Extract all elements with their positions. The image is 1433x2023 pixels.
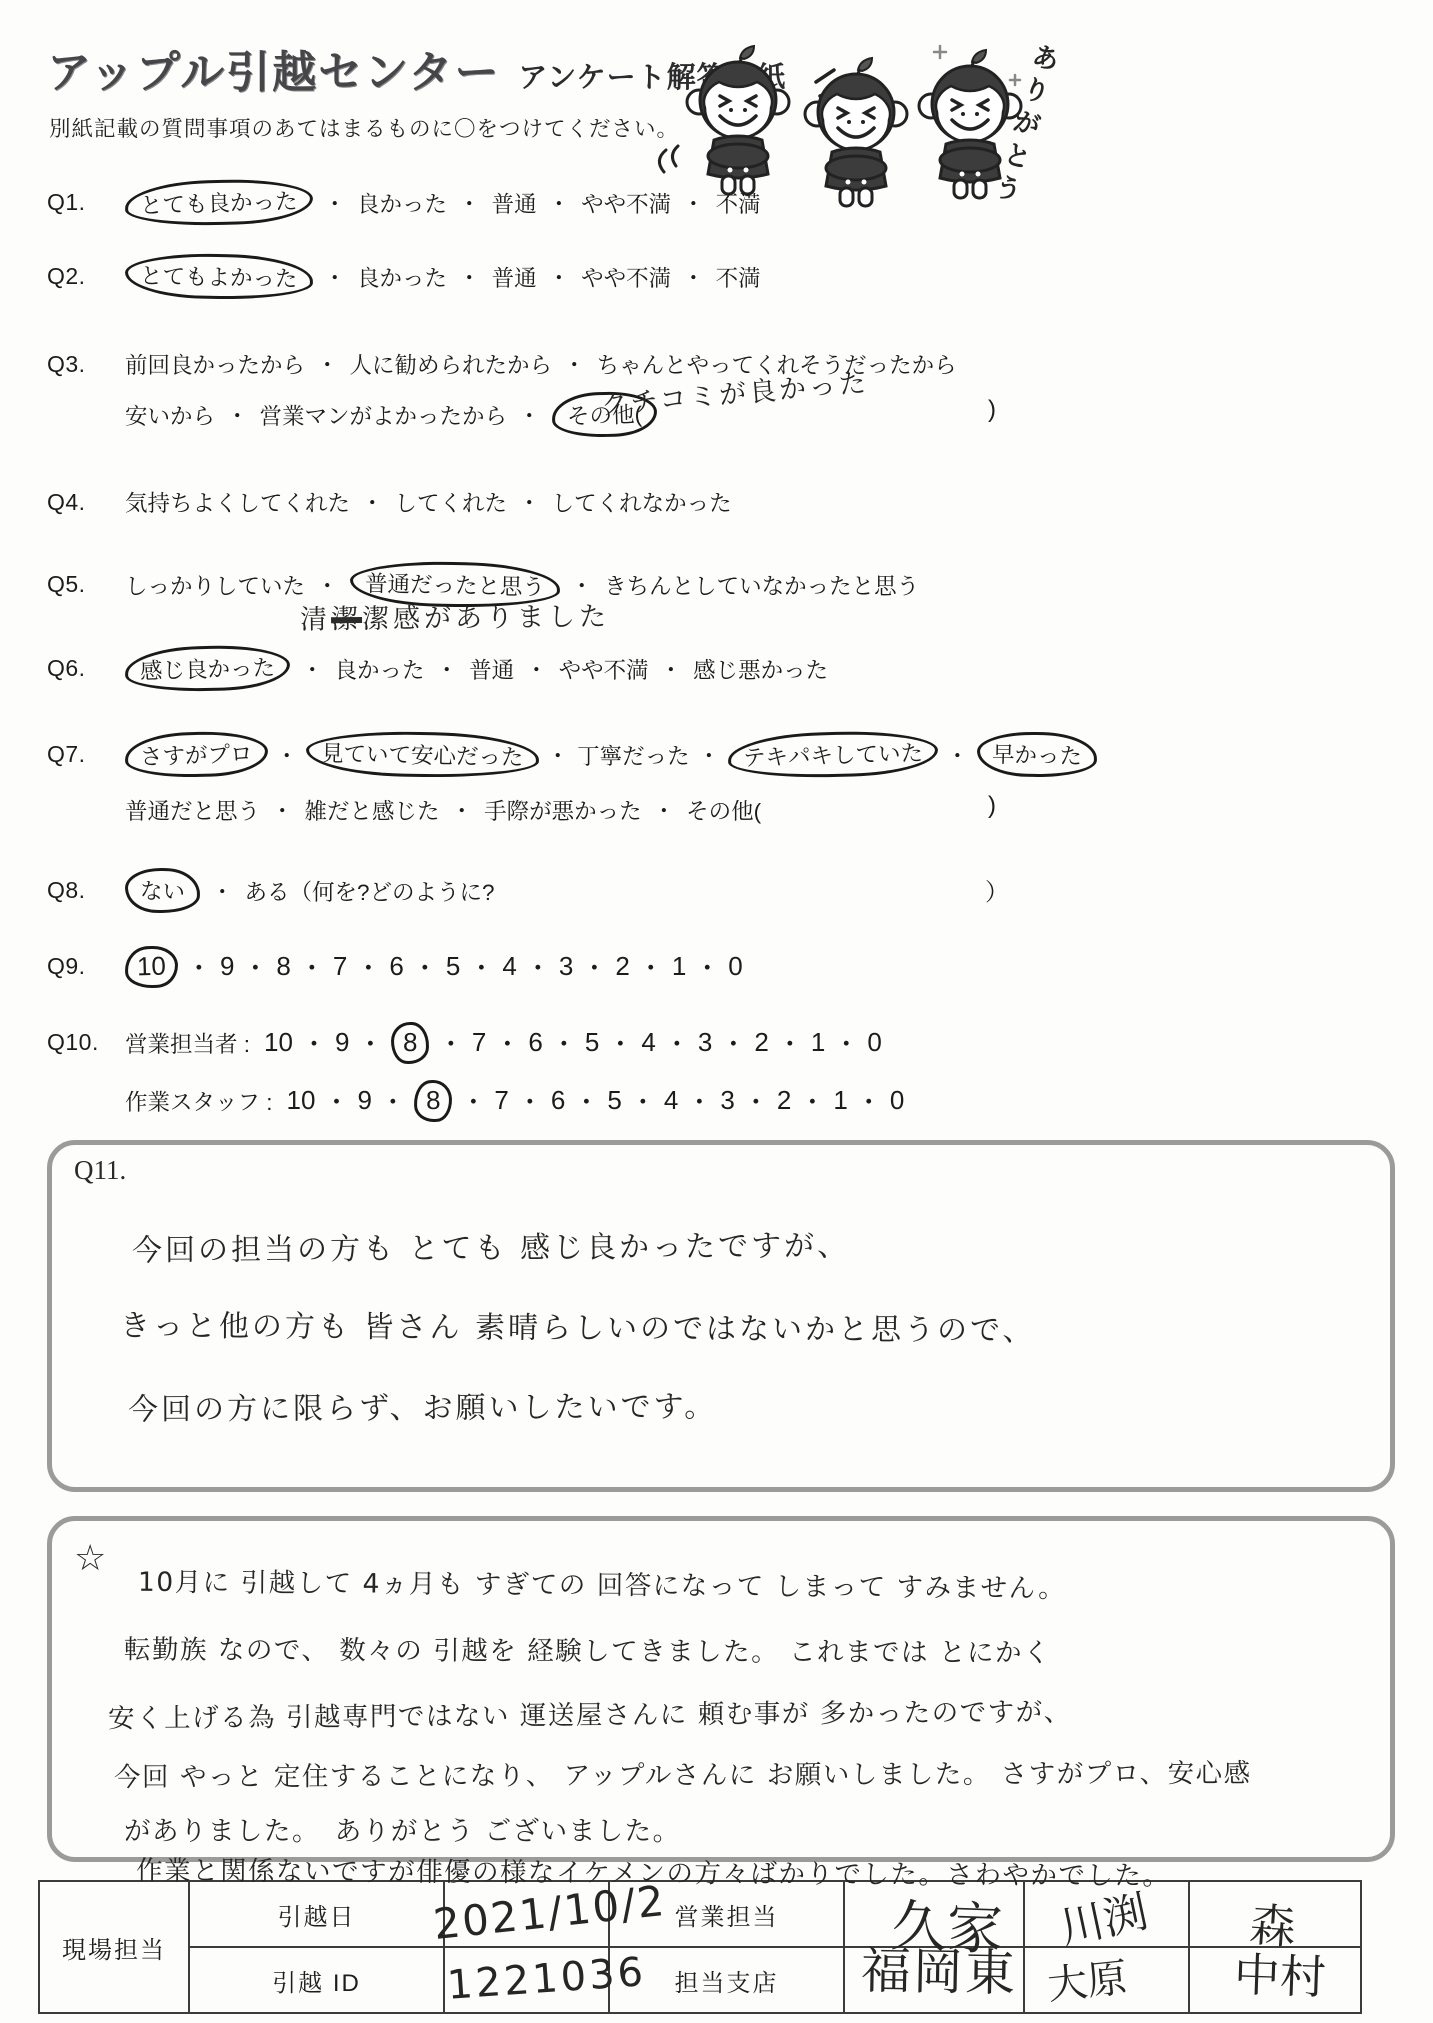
q10-score: 5: [607, 1085, 621, 1116]
question-q8: Q8. ない ・ ある（何を?どのように?: [47, 874, 495, 907]
move-date-label: 引越日: [278, 1897, 356, 1932]
score-separator: ・: [234, 948, 276, 985]
question-q9: Q9. 10 ・ 9 ・ 8 ・ 7 ・ 6 ・ 5 ・ 4 ・ 3 ・ 2 ・…: [47, 948, 743, 985]
q10-score: 0: [890, 1085, 904, 1116]
score-separator: ・: [347, 948, 389, 985]
score-separator: ・: [848, 1082, 890, 1119]
q10-score: 7: [494, 1085, 508, 1116]
option-separator: ・: [690, 739, 729, 771]
option-separator: ・: [539, 739, 578, 771]
score-separator: ・: [486, 1024, 528, 1061]
score-separator: ・: [452, 1082, 494, 1119]
option-separator: ・: [507, 486, 552, 518]
option-separator: ・: [552, 348, 597, 380]
score-separator: ・: [599, 1024, 641, 1061]
q9-label: Q9.: [47, 953, 125, 980]
q10-score: 3: [698, 1027, 712, 1058]
option-separator: ・: [649, 653, 694, 685]
q3-option: 人に勧められたから: [350, 348, 553, 380]
q7-option: 手際が悪かった: [484, 794, 642, 826]
score-separator: ・: [349, 1024, 391, 1061]
option-separator: ・: [507, 399, 552, 431]
question-q2: Q2. とてもよかった ・ 良かった ・ 普通 ・ やや不満 ・ 不満: [47, 260, 761, 293]
q3-label: Q3.: [47, 351, 125, 378]
field-staff-handwritten: 大原: [1044, 1946, 1130, 2011]
q7-option: 丁寧だった: [577, 739, 690, 771]
option-separator: ・: [290, 653, 335, 685]
q5-note-prefix: 清: [300, 604, 331, 635]
score-separator: ・: [791, 1082, 833, 1119]
question-q7-line1: Q7. さすがプロ ・ 見ていて安心だった ・ 丁寧だった ・ テキパキしていた…: [47, 738, 1097, 771]
q10-row2-name: 作業スタッフ :: [125, 1085, 273, 1117]
question-q1: Q1. とても良かった ・ 良かった ・ 普通 ・ やや不満 ・ 不満: [47, 186, 761, 219]
option-separator: ・: [447, 261, 492, 293]
q3-option: 安いから: [125, 399, 215, 431]
score-separator: ・: [430, 1024, 472, 1061]
q9-score: 0: [728, 951, 742, 982]
move-id-label-cell: 引越 ID: [190, 1948, 445, 2014]
move-date-label-cell: 引越日: [190, 1882, 445, 1948]
question-q10-row2: 作業スタッフ : 10 ・ 9 ・ 8 ・ 7 ・ 6 ・ 5 ・ 4 ・ 3 …: [47, 1082, 904, 1119]
q4-option: 気持ちよくしてくれた: [125, 486, 350, 518]
score-separator: ・: [517, 948, 559, 985]
q7-answer-circled: 早かった: [976, 731, 1097, 779]
q8-close-paren: ）: [985, 872, 1009, 907]
q10-score: 6: [528, 1027, 542, 1058]
branch-handwritten: 福岡東: [860, 1931, 1017, 2006]
q10-score: 4: [664, 1085, 678, 1116]
score-separator: ・: [825, 1024, 867, 1061]
q2-option: 良かった: [357, 261, 447, 293]
q4-option: してくれた: [395, 486, 508, 518]
q6-option: 良かった: [335, 653, 425, 685]
q7-label: Q7.: [47, 741, 125, 768]
q11-handwritten-line: 今回の方に限らず、お願いしたいです。: [128, 1381, 717, 1428]
sales-label: 営業担当: [675, 1897, 779, 1932]
q6-option: 感じ悪かった: [693, 653, 828, 685]
q10-row2-answer-circled: 8: [413, 1079, 453, 1122]
score-separator: ・: [315, 1082, 357, 1119]
option-separator: ・: [215, 399, 260, 431]
q2-option: 普通: [492, 261, 537, 293]
score-separator: ・: [630, 948, 672, 985]
q10-label: Q10.: [47, 1029, 125, 1056]
question-q7-line2: 普通だと思う ・ 雑だと感じた ・ 手際が悪かった ・ その他(: [47, 794, 761, 826]
q10-score: 0: [867, 1027, 881, 1058]
q2-answer-circled: とてもよかった: [125, 252, 313, 301]
instruction-text: 別紙記載の質問事項のあてはまるものに〇をつけてください。: [49, 112, 679, 143]
move-date-value-cell: 2021/10/2: [445, 1882, 610, 1948]
score-separator: ・: [678, 1082, 720, 1119]
q10-score: 9: [335, 1027, 349, 1058]
q1-option: 良かった: [357, 187, 447, 219]
q8-answer-circled: ない: [125, 867, 201, 914]
field-staff1-bottom-cell: 大原: [1025, 1948, 1190, 2014]
option-separator: ・: [313, 187, 358, 219]
q2-option: やや不満: [581, 261, 671, 293]
q9-score: 3: [559, 951, 573, 982]
free-comment-box: ☆ 10月に 引越して 4ヵ月も すぎての 回答になって しまって すみません。…: [47, 1516, 1395, 1862]
q4-label: Q4.: [47, 489, 125, 516]
q9-score: 5: [446, 951, 460, 982]
score-separator: ・: [460, 948, 502, 985]
q6-option: やや不満: [559, 653, 649, 685]
q10-score: 3: [720, 1085, 734, 1116]
q1-option: 普通: [492, 187, 537, 219]
q9-answer-circled: 10: [124, 945, 178, 988]
option-separator: ・: [350, 486, 395, 518]
option-separator: ・: [537, 261, 582, 293]
score-separator: ・: [178, 948, 220, 985]
option-separator: ・: [313, 261, 358, 293]
option-separator: ・: [200, 875, 245, 907]
q11-handwritten-line: きっと他の方も 皆さん 素晴らしいのではないかと思うので、: [120, 1301, 1036, 1350]
q10-score: 4: [641, 1027, 655, 1058]
question-q3-line2: 安いから ・ 営業マンがよかったから ・ その他(: [47, 398, 657, 431]
q2-label: Q2.: [47, 263, 125, 290]
q10-score: 10: [287, 1085, 316, 1116]
q9-score: 2: [615, 951, 629, 982]
q10-score: 6: [551, 1085, 565, 1116]
free-comment-line: がありました。 ありがとう ございました。: [124, 1809, 681, 1848]
option-separator: ・: [642, 794, 687, 826]
score-separator: ・: [573, 948, 615, 985]
option-separator: ・: [260, 794, 305, 826]
q1-answer-circled: とても良かった: [124, 177, 313, 227]
q5-handwritten-note: 清潔潔感がありました: [300, 594, 610, 636]
branch-label: 担当支店: [675, 1963, 779, 1998]
option-separator: ・: [305, 348, 350, 380]
q8-option: ある（何を?どのように?: [245, 875, 495, 907]
q7-option: その他(: [686, 794, 761, 826]
score-separator: ・: [565, 1082, 607, 1119]
q5-note-crossed-out: 潔: [331, 604, 362, 635]
q1-option: やや不満: [581, 187, 671, 219]
q9-score: 6: [389, 951, 403, 982]
option-separator: ・: [671, 261, 716, 293]
score-separator: ・: [622, 1082, 664, 1119]
q7-close-paren: ): [988, 792, 996, 820]
q5-option: きちんとしていなかったと思う: [604, 569, 919, 601]
score-separator: ・: [769, 1024, 811, 1061]
footer-info-table: 引越日 2021/10/2 営業担当 久家 現場担当 川渕 森 引越 ID 12…: [38, 1880, 1362, 2014]
q1-label: Q1.: [47, 189, 125, 216]
q6-answer-circled: 感じ良かった: [124, 644, 290, 694]
q11-handwritten-line: 今回の担当の方も とても 感じ良かったですが、: [132, 1220, 850, 1269]
q9-score: 9: [220, 951, 234, 982]
q5-label: Q5.: [47, 571, 125, 598]
brand-logo-text: アップル引越センター: [47, 36, 500, 100]
move-id-label: 引越 ID: [272, 1963, 361, 1998]
q9-score: 4: [502, 951, 516, 982]
option-separator: ・: [671, 187, 716, 219]
branch-value-cell: 福岡東: [845, 1948, 1025, 2014]
free-comment-line: 今回 やっと 定住することになり、 アップルさんに お願いしました。 さすがプロ…: [114, 1751, 1252, 1794]
q10-row1-name: 営業担当者 :: [125, 1027, 250, 1059]
q9-score: 8: [276, 951, 290, 982]
q7-answer-circled: さすがプロ: [124, 730, 268, 779]
free-comment-line: 安く上げる為 引越専門ではない 運送屋さんに 頼む事が 多かったのですが、: [108, 1690, 1072, 1736]
q7-option: 普通だと思う: [125, 794, 260, 826]
question-q4: Q4. 気持ちよくしてくれた ・ してくれた ・ してくれなかった: [47, 486, 732, 518]
score-separator: ・: [293, 1024, 335, 1061]
field-staff2-top-cell: 森: [1190, 1882, 1362, 1948]
question-q6: Q6. 感じ良かった ・ 良かった ・ 普通 ・ やや不満 ・ 感じ悪かった: [47, 652, 828, 685]
score-separator: ・: [712, 1024, 754, 1061]
option-separator: ・: [268, 739, 307, 771]
q3-option: 前回良かったから: [125, 348, 305, 380]
q3-option: 営業マンがよかったから: [260, 399, 508, 431]
score-separator: ・: [509, 1082, 551, 1119]
field-staff-label: 現場担当: [62, 1930, 166, 1965]
q10-score: 1: [833, 1085, 847, 1116]
q10-score: 2: [777, 1085, 791, 1116]
score-separator: ・: [291, 948, 333, 985]
score-separator: ・: [372, 1082, 414, 1119]
q6-label: Q6.: [47, 655, 125, 682]
q6-option: 普通: [469, 653, 514, 685]
option-separator: ・: [938, 739, 977, 771]
q10-score: 1: [811, 1027, 825, 1058]
q5-note-rest: 潔感がありました: [362, 601, 610, 635]
q1-option: 不満: [716, 187, 761, 219]
option-separator: ・: [514, 653, 559, 685]
option-separator: ・: [537, 187, 582, 219]
move-id-value-cell: 1221036: [445, 1948, 610, 2014]
free-comment-line: 転勤族 なので、 数々の 引越を 経験してきました。 これまでは とにかく: [124, 1627, 1051, 1669]
option-separator: ・: [425, 653, 470, 685]
q4-option: してくれなかった: [552, 486, 732, 518]
free-comment-line: 10月に 引越して 4ヵ月も すぎての 回答になって しまって すみません。: [138, 1560, 1066, 1605]
q7-answer-circled: テキパキしていた: [728, 729, 939, 780]
option-separator: ・: [440, 794, 485, 826]
score-separator: ・: [404, 948, 446, 985]
field-staff-handwritten: 中村: [1233, 1938, 1327, 2007]
q9-score: 7: [333, 951, 347, 982]
q10-row1-answer-circled: 8: [391, 1021, 430, 1064]
star-icon: ☆: [74, 1537, 106, 1579]
q3-close-paren: ): [988, 396, 996, 424]
score-separator: ・: [656, 1024, 698, 1061]
q10-score: 5: [585, 1027, 599, 1058]
q11-label: Q11.: [74, 1155, 126, 1186]
score-separator: ・: [543, 1024, 585, 1061]
q2-option: 不満: [716, 261, 761, 293]
field-staff2-bottom-cell: 中村: [1190, 1948, 1362, 2014]
q5-option: しっかりしていた: [125, 569, 305, 601]
q7-answer-circled: 見ていて安心だった: [306, 730, 539, 780]
score-separator: ・: [686, 948, 728, 985]
q7-option: 雑だと感じた: [305, 794, 440, 826]
q8-label: Q8.: [47, 877, 125, 904]
q10-score: 10: [264, 1027, 293, 1058]
question-q10-row1: Q10. 営業担当者 : 10 ・ 9 ・ 8 ・ 7 ・ 6 ・ 5 ・ 4 …: [47, 1024, 882, 1061]
q10-score: 2: [754, 1027, 768, 1058]
q9-score: 1: [672, 951, 686, 982]
field-staff-label-cell: 現場担当: [40, 1882, 190, 2014]
score-separator: ・: [735, 1082, 777, 1119]
option-separator: ・: [447, 187, 492, 219]
q10-score: 9: [357, 1085, 371, 1116]
q10-score: 7: [472, 1027, 486, 1058]
q11-comment-box: Q11. 今回の担当の方も とても 感じ良かったですが、 きっと他の方も 皆さん…: [47, 1140, 1395, 1492]
option-separator: ・: [305, 569, 350, 601]
